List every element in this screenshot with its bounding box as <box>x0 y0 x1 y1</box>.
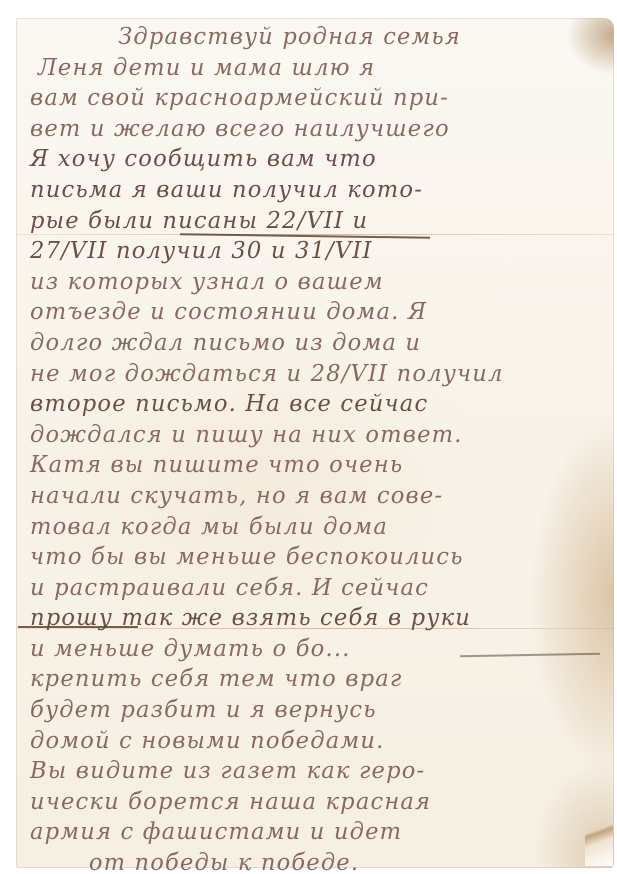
letter-line: крепить себя тем что враг <box>30 664 600 695</box>
letter-line: Вы видите из газет как геро- <box>30 756 600 787</box>
letter-line: Леня дети и мама шлю я <box>30 53 600 84</box>
letter-closing: от победы к победе. <box>30 848 599 874</box>
letter-line: рые были писаны 22/VII и <box>30 206 600 237</box>
letter-line: дождался и пишу на них ответ. <box>30 420 600 451</box>
letter-line: Я хочу сообщить вам что <box>30 144 600 175</box>
letter-line: вам свой красноармейский при- <box>30 83 600 114</box>
letter-line: второе письмо. На все сейчас <box>30 389 600 420</box>
letter-line: товал когда мы были дома <box>30 512 600 543</box>
letter-line: и растраивали себя. И сейчас <box>30 573 600 604</box>
letter-line: отъезде и состоянии дома. Я <box>30 297 600 328</box>
letter-line: не мог дождаться и 28/VII получил <box>30 359 600 390</box>
letter-line: будет разбит и я вернусь <box>30 695 600 726</box>
letter-line: из которых узнал о вашем <box>30 267 600 298</box>
letter-line: что бы вы меньше беспокоились <box>30 542 600 573</box>
letter-line: домой с новыми победами. <box>30 726 600 757</box>
letter-greeting: Здравствуй родная семья <box>30 22 598 53</box>
letter-line: и меньше думать о бо... <box>30 634 600 665</box>
letter-line: письма я ваши получил кото- <box>30 175 600 206</box>
letter-line: 27/VII получил 30 и 31/VII <box>30 236 600 267</box>
letter-body: Здравствуй родная семья Леня дети и мама… <box>30 22 610 874</box>
letter-line: Катя вы пишите что очень <box>30 450 600 481</box>
letter-line: прошу так же взять себя в руки <box>30 603 600 634</box>
letter-line: долго ждал письмо из дома и <box>30 328 600 359</box>
letter-line: вет и желаю всего наилучшего <box>30 114 600 145</box>
ink-strikethrough <box>18 626 138 628</box>
letter-line: армия с фашистами и идет <box>30 817 600 848</box>
letter-line: ически борется наша красная <box>30 787 600 818</box>
letter-line: начали скучать, но я вам сове- <box>30 481 600 512</box>
